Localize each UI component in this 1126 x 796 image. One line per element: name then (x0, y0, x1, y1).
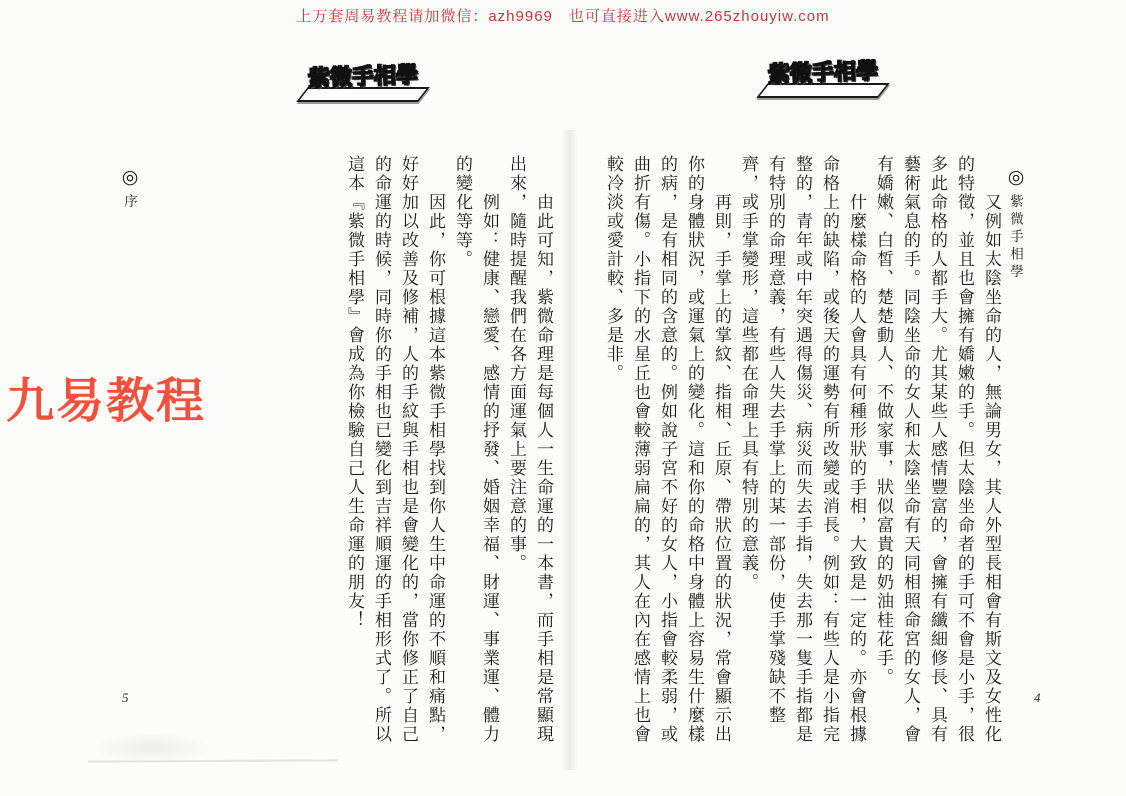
watermark-text: 九易教程 (6, 362, 206, 431)
section-marker-icon: ◎ (1004, 166, 1026, 188)
logo-title-text: 紫微手相學 (307, 58, 418, 93)
book-logo-left: 紫微手相學 (296, 58, 436, 104)
book-logo-right: 紫微手相學 (756, 54, 896, 100)
promo-banner-text: 上万套周易教程请加微信：azh9969 也可直接进入www.265zhouyiw… (0, 5, 1126, 26)
paragraph: 再則，手掌上的掌紋、指相、丘原、帶狀位置的狀況，常會顯示出你的身體狀況，或運氣上… (600, 155, 735, 747)
paragraph: 由此可知，紫微命理是每個人一生命運的一本書，而手相是常顯現出來，隨時提醒我們在各… (503, 155, 557, 747)
right-page-body: 又例如太陰坐命的人，無論男女，其人外型長相會有斯文及女性化的特徵，並且也會擁有嬌… (596, 155, 1005, 747)
section-marker-label: 序 (119, 194, 139, 212)
paragraph: 因此，你可根據這本紫微手相學找到你人生中命運的不順和痛點，好好加以改善及修補，人… (341, 155, 449, 747)
scan-artifact (92, 733, 212, 763)
paragraph: 例如：健康、戀愛、感情的抒發、婚姻幸福、財運、事業運、體力的變化等等。 (449, 155, 503, 747)
right-page-number: 4 (1034, 690, 1041, 706)
left-page-section-marker: ◎序 (118, 166, 140, 212)
paragraph: 又例如太陰坐命的人，無論男女，其人外型長相會有斯文及女性化的特徵，並且也會擁有嬌… (870, 155, 1005, 747)
section-marker-icon: ◎ (118, 166, 140, 188)
left-page-number: 5 (122, 690, 129, 706)
right-page-section-marker: ◎紫微手相學 (1004, 166, 1026, 282)
paragraph: 什麼樣命格的人會具有何種形狀的手相，大致是一定的。亦會根據命格上的缺陷，或後天的… (735, 155, 870, 747)
logo-title-text: 紫微手相學 (767, 54, 878, 89)
page-gutter-fold-shadow (562, 130, 578, 770)
section-marker-label: 紫微手相學 (1005, 194, 1025, 282)
left-page-body: 由此可知，紫微命理是每個人一生命運的一本書，而手相是常顯現出來，隨時提醒我們在各… (335, 155, 557, 747)
scanned-book-spread: 上万套周易教程请加微信：azh9969 也可直接进入www.265zhouyiw… (0, 0, 1126, 796)
